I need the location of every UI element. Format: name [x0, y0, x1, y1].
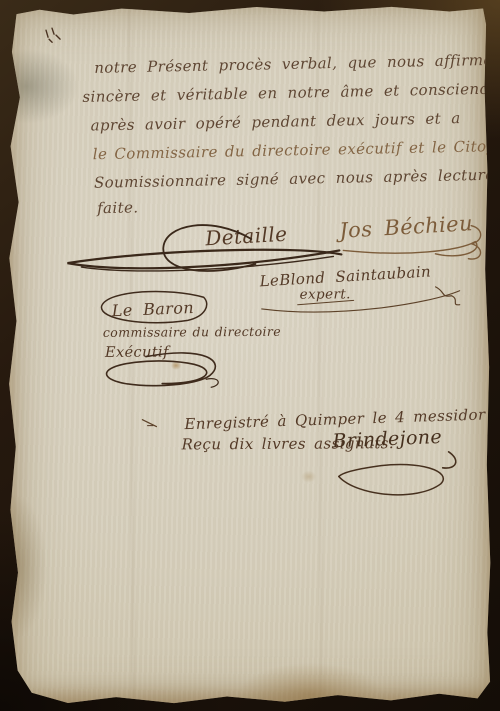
- topleft-ink-marks: [46, 28, 60, 42]
- expert-long-flourish: [262, 291, 460, 313]
- brindejone-underloop-flourish: [339, 464, 444, 495]
- leblond-tail-flourish: [436, 287, 460, 305]
- brindejone-tail-flourish: [443, 452, 456, 468]
- ink-flourishes: [6, 4, 492, 706]
- expert-underline: [298, 300, 354, 304]
- registration-tick-stroke: [142, 420, 156, 427]
- bechieu-underline-flourish: [343, 242, 477, 257]
- baron-oval-flourish: [101, 291, 206, 323]
- executif-curl-flourish: [206, 379, 218, 388]
- photo-background: notre Présent procès verbal, que nous af…: [0, 0, 500, 711]
- paper-sheet: notre Présent procès verbal, que nous af…: [6, 4, 492, 706]
- bechieu-curl-flourish: [468, 226, 481, 259]
- detaille-sweep-flourish: [67, 249, 341, 268]
- executif-paraph-flourish: [106, 353, 215, 386]
- detaille-sweep-flourish-2: [81, 256, 333, 271]
